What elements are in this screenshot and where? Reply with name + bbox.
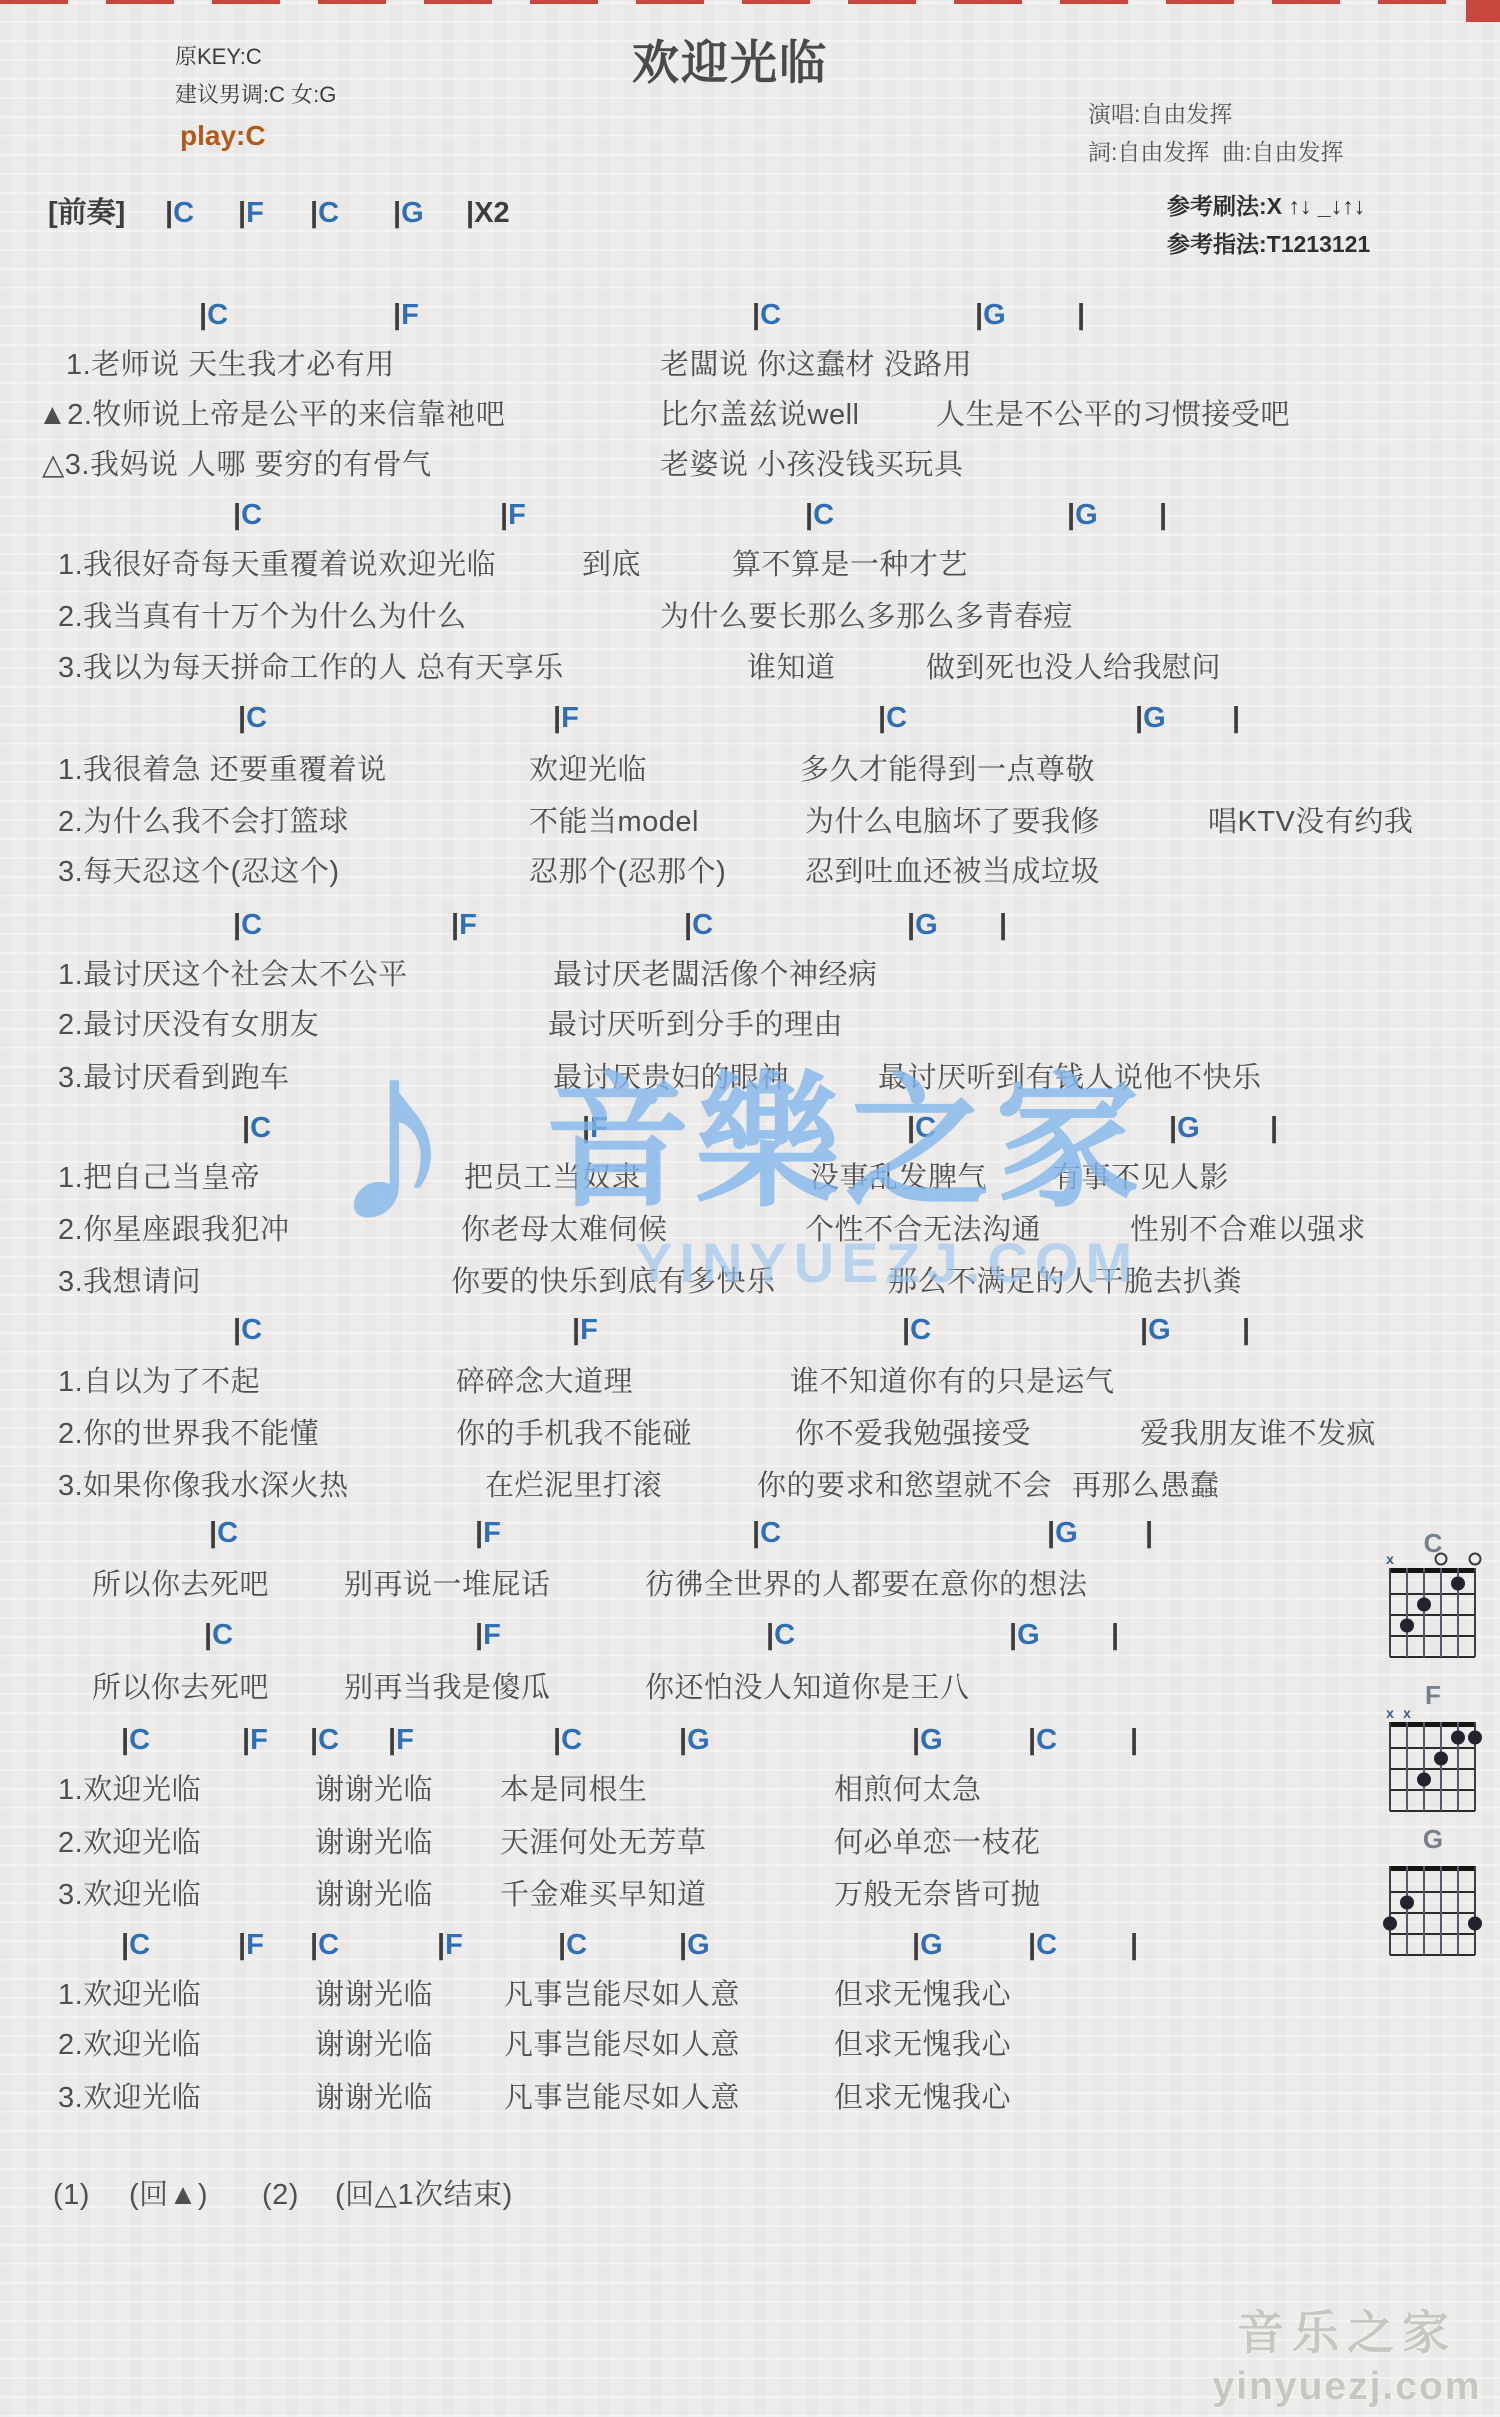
lyric-segment: 最讨厌听到有钱人说他不快乐 (878, 1061, 1262, 1095)
lyric-segment: 没事乱发脾气 (810, 1161, 987, 1195)
chord-token: |F (582, 1111, 608, 1145)
lyric-segment: 2.欢迎光临 (58, 1826, 201, 1860)
chord-line: |C|F|C|G| (0, 498, 1500, 532)
chord-token: |C (553, 1723, 582, 1757)
chord-token: |F (451, 908, 477, 942)
lyric-segment: 老闆说 你这蠢材 没路用 (660, 348, 972, 382)
lyric-segment: 别再说一堆屁话 (344, 1568, 551, 1602)
chord-token: |F (553, 701, 579, 735)
lyric-segment: 1.我很好奇每天重覆着说欢迎光临 (58, 548, 496, 582)
chord-diagram-c: x (1378, 1548, 1488, 1669)
lyric-segment: 老婆说 小孩没钱买玩具 (660, 448, 964, 482)
chord-token: |C (165, 196, 194, 230)
lyric-segment: 到底 (582, 548, 641, 582)
chord-line: |C|F|C|F|C|G|G|C| (0, 1928, 1500, 1962)
chord-line: |C|F|C|G| (0, 701, 1500, 735)
lyric-segment: 凡事岂能尽如人意 (504, 2081, 740, 2115)
chord-line: |C|F|C|G| (0, 298, 1500, 332)
lyric-segment: 最讨厌听到分手的理由 (548, 1008, 843, 1042)
chord-token: |F (242, 1723, 268, 1757)
lyric-segment: 人生是不公平的习惯接受吧 (936, 398, 1290, 432)
lyric-segment: 别再当我是傻瓜 (344, 1671, 551, 1705)
lyric-segment: 谢谢光临 (315, 1773, 433, 1807)
lyric-segment: △3.我妈说 人哪 要穷的有骨气 (42, 448, 432, 482)
chord-token: |G (907, 908, 938, 942)
lyric-segment: (1) (53, 2178, 90, 2212)
lyric-line: 3.最讨厌看到跑车最讨厌贵妇的眼神最讨厌听到有钱人说他不快乐 (0, 1061, 1500, 1095)
chord-token: |F (475, 1618, 501, 1652)
section-label: [前奏] (48, 196, 125, 230)
chord-token: |F (475, 1516, 501, 1550)
lyric-segment: (回▲) (129, 2178, 208, 2212)
chord-token: | (1159, 498, 1167, 532)
lyric-segment: 3.最讨厌看到跑车 (58, 1061, 290, 1095)
chord-token: |C (558, 1928, 587, 1962)
lyric-segment: 算不算是一种才艺 (732, 548, 968, 582)
chord-token: |F (238, 196, 264, 230)
lyric-segment: 1.把自己当皇帝 (58, 1161, 260, 1195)
chord-line: |C|F|C|G| (0, 1618, 1500, 1652)
chord-token: |C (209, 1516, 238, 1550)
lyric-line: 1.自以为了不起碎碎念大道理谁不知道你有的只是运气 (0, 1365, 1500, 1399)
lyric-line: 3.每天忍这个(忍这个)忍那个(忍那个)忍到吐血还被当成垃圾 (0, 855, 1500, 889)
lyric-segment: (回△1次结束) (335, 2178, 513, 2212)
lyric-segment: 1.欢迎光临 (58, 1773, 201, 1807)
lyric-segment: 本是同根生 (500, 1773, 648, 1807)
chord-token: |G (975, 298, 1006, 332)
chord-token: |C (238, 701, 267, 735)
chord-token: |C (233, 1313, 262, 1347)
lyric-segment: 2.你星座跟我犯冲 (58, 1213, 290, 1247)
lyric-line: 1.我很好奇每天重覆着说欢迎光临到底算不算是一种才艺 (0, 548, 1500, 582)
lyric-line: 3.欢迎光临谢谢光临千金难买早知道万般无奈皆可抛 (0, 1878, 1500, 1912)
lyric-line: 2.欢迎光临谢谢光临天涯何处无芳草何必单恋一枝花 (0, 1826, 1500, 1860)
chord-token: |C (902, 1313, 931, 1347)
lyric-line: 1.最讨厌这个社会太不公平最讨厌老闆活像个神经病 (0, 958, 1500, 992)
lyric-line: 2.欢迎光临谢谢光临凡事岂能尽如人意但求无愧我心 (0, 2028, 1500, 2062)
lyric-line: 2.最讨厌没有女朋友最讨厌听到分手的理由 (0, 1008, 1500, 1042)
chord-token: |C (752, 1516, 781, 1550)
chord-token: |G (1067, 498, 1098, 532)
lyric-segment: 为什么电脑坏了要我修 (805, 805, 1100, 839)
lyric-segment: 天涯何处无芳草 (500, 1826, 707, 1860)
lyric-line: 2.我当真有十万个为什么为什么为什么要长那么多那么多青春痘 (0, 600, 1500, 634)
lyric-segment: 在烂泥里打滚 (485, 1469, 662, 1503)
lyric-segment: 为什么要长那么多那么多青春痘 (660, 600, 1073, 634)
chord-token: | (1130, 1723, 1138, 1757)
chord-token: | (1270, 1111, 1278, 1145)
lyric-line: 1.我很着急 还要重覆着说欢迎光临多久才能得到一点尊敬 (0, 753, 1500, 787)
chord-token: |G (1009, 1618, 1040, 1652)
lyric-line: 3.我想请问你要的快乐到底有多快乐那么不满足的人干脆去扒粪 (0, 1265, 1500, 1299)
lyric-segment: 彷彿全世界的人都要在意你的想法 (645, 1568, 1088, 1602)
chord-token: |C (233, 498, 262, 532)
chord-diagram-f: xx (1378, 1702, 1488, 1823)
lyric-segment: 3.如果你像我水深火热 (58, 1469, 349, 1503)
chord-token: |C (684, 908, 713, 942)
chord-line: |C|F|C|G| (0, 1111, 1500, 1145)
score-lines: [前奏]|C|F|C|G|X2|C|F|C|G|1.老师说 天生我才必有用老闆说… (0, 0, 1500, 2417)
lyric-segment: 万般无奈皆可抛 (834, 1878, 1041, 1912)
lyric-segment: (2) (262, 2178, 299, 2212)
chord-token: |C (199, 298, 228, 332)
lyric-segment: 再那么愚蠢 (1072, 1469, 1220, 1503)
lyric-segment: 谢谢光临 (315, 1878, 433, 1912)
lyric-segment: 3.我想请问 (58, 1265, 201, 1299)
chord-token: |C (233, 908, 262, 942)
lyric-segment: 1.最讨厌这个社会太不公平 (58, 958, 408, 992)
lyric-segment: 你的手机我不能碰 (456, 1417, 692, 1451)
lyric-segment: 谁知道 (747, 651, 836, 685)
chord-token: |G (679, 1928, 710, 1962)
lyric-line: 3.我以为每天拼命工作的人 总有天享乐谁知道做到死也没人给我慰问 (0, 651, 1500, 685)
lyric-line: 1.老师说 天生我才必有用老闆说 你这蠢材 没路用 (0, 348, 1500, 382)
lyric-segment: 有事不见人影 (1052, 1161, 1229, 1195)
chord-token: |G (393, 196, 424, 230)
chord-token: |G (912, 1928, 943, 1962)
lyric-segment: 性别不合难以强求 (1130, 1213, 1366, 1247)
chord-token: |C (242, 1111, 271, 1145)
lyric-segment: 2.为什么我不会打篮球 (58, 805, 349, 839)
lyric-segment: 何必单恋一枝花 (834, 1826, 1041, 1860)
chord-token: |C (766, 1618, 795, 1652)
chord-token: |C (310, 196, 339, 230)
lyric-segment: 你还怕没人知道你是王八 (645, 1671, 970, 1705)
chord-token: | (1077, 298, 1085, 332)
lyric-segment: 所以你去死吧 (92, 1671, 269, 1705)
lyric-segment: 你的要求和慾望就不会 (757, 1469, 1052, 1503)
lyric-line: 1.把自己当皇帝把员工当奴隶没事乱发脾气有事不见人影 (0, 1161, 1500, 1195)
lyric-line: 3.欢迎光临谢谢光临凡事岂能尽如人意但求无愧我心 (0, 2081, 1500, 2115)
lyric-segment: 2.最讨厌没有女朋友 (58, 1008, 319, 1042)
lyric-line: △3.我妈说 人哪 要穷的有骨气老婆说 小孩没钱买玩具 (0, 448, 1500, 482)
lyric-segment: 你要的快乐到底有多快乐 (451, 1265, 776, 1299)
lyric-segment: 但求无愧我心 (834, 2081, 1011, 2115)
chord-token: |G (1047, 1516, 1078, 1550)
chord-line: |C|F|C|G| (0, 1313, 1500, 1347)
chord-token: |C (204, 1618, 233, 1652)
chord-token: |C (1028, 1928, 1057, 1962)
lyric-segment: 欢迎光临 (529, 753, 647, 787)
repeat-instructions: (1)(回▲)(2)(回△1次结束) (0, 2178, 1500, 2212)
chord-token: |G (679, 1723, 710, 1757)
chord-token: |C (310, 1723, 339, 1757)
chord-token: |C (121, 1928, 150, 1962)
lyric-line: ▲2.牧师说上帝是公平的来信靠祂吧比尔盖兹说well人生是不公平的习惯接受吧 (0, 398, 1500, 432)
chord-token: |G (912, 1723, 943, 1757)
chord-token: |F (388, 1723, 414, 1757)
chord-token: |F (437, 1928, 463, 1962)
lyric-segment: 所以你去死吧 (92, 1568, 269, 1602)
chord-token: | (1232, 701, 1240, 735)
svg-text:x: x (1386, 1705, 1394, 1721)
lyric-segment: 千金难买早知道 (500, 1878, 707, 1912)
lyric-segment: 2.你的世界我不能懂 (58, 1417, 319, 1451)
chord-token: |G (1140, 1313, 1171, 1347)
lyric-segment: 3.欢迎光临 (58, 2081, 201, 2115)
lyric-segment: 不能当model (529, 805, 699, 839)
lyric-line: 所以你去死吧别再当我是傻瓜你还怕没人知道你是王八 (0, 1671, 1500, 1705)
lyric-segment: 1.欢迎光临 (58, 1978, 201, 2012)
lyric-segment: 谢谢光临 (315, 1826, 433, 1860)
chord-token: |G (1135, 701, 1166, 735)
lyric-segment: 爱我朋友谁不发疯 (1140, 1417, 1376, 1451)
chord-token: |F (238, 1928, 264, 1962)
lyric-segment: 谢谢光临 (315, 1978, 433, 2012)
prelude-line: [前奏]|C|F|C|G|X2 (0, 196, 1500, 230)
lyric-segment: 唱KTV没有约我 (1208, 805, 1413, 839)
chord-token: | (1242, 1313, 1250, 1347)
lyric-segment: 把员工当奴隶 (464, 1161, 641, 1195)
svg-text:x: x (1403, 1705, 1411, 1721)
chord-token: | (999, 908, 1007, 942)
chord-line: |C|F|C|G| (0, 908, 1500, 942)
chord-token: |F (572, 1313, 598, 1347)
chord-token: | (1130, 1928, 1138, 1962)
lyric-segment: 凡事岂能尽如人意 (504, 2028, 740, 2062)
lyric-segment: 最讨厌老闆活像个神经病 (553, 958, 878, 992)
chord-token: | (1145, 1516, 1153, 1550)
lyric-segment: 1.我很着急 还要重覆着说 (58, 753, 387, 787)
lyric-segment: 但求无愧我心 (834, 2028, 1011, 2062)
chord-token: |C (310, 1928, 339, 1962)
chord-token: |C (752, 298, 781, 332)
lyric-segment: 3.每天忍这个(忍这个) (58, 855, 340, 889)
lyric-line: 所以你去死吧别再说一堆屁话彷彿全世界的人都要在意你的想法 (0, 1568, 1500, 1602)
lyric-segment: 2.我当真有十万个为什么为什么 (58, 600, 467, 634)
chord-token: |G (1169, 1111, 1200, 1145)
chord-token: |C (121, 1723, 150, 1757)
lyric-segment: 3.欢迎光临 (58, 1878, 201, 1912)
lyric-segment: 凡事岂能尽如人意 (504, 1978, 740, 2012)
chord-token: | (1111, 1618, 1119, 1652)
chord-sheet-page: 原KEY:C 建议男调:C 女:G play:C 欢迎光临 演唱:自由发挥 詞:… (0, 0, 1500, 2417)
chord-diagram-g (1378, 1846, 1488, 1967)
chord-line: |C|F|C|G| (0, 1516, 1500, 1550)
lyric-segment: ▲2.牧师说上帝是公平的来信靠祂吧 (38, 398, 505, 432)
lyric-segment: 3.我以为每天拼命工作的人 总有天享乐 (58, 651, 564, 685)
chord-token: |F (500, 498, 526, 532)
lyric-segment: 1.自以为了不起 (58, 1365, 260, 1399)
lyric-segment: 忍那个(忍那个) (529, 855, 726, 889)
lyric-line: 3.如果你像我水深火热在烂泥里打滚你的要求和慾望就不会再那么愚蠢 (0, 1469, 1500, 1503)
lyric-segment: 谁不知道你有的只是运气 (790, 1365, 1115, 1399)
lyric-segment: 比尔盖兹说well (660, 398, 859, 432)
chord-line: |C|F|C|F|C|G|G|C| (0, 1723, 1500, 1757)
lyric-segment: 你老母太难伺候 (461, 1213, 668, 1247)
chord-token: |X2 (466, 196, 510, 230)
lyric-segment: 碎碎念大道理 (456, 1365, 633, 1399)
lyric-segment: 但求无愧我心 (834, 1978, 1011, 2012)
lyric-line: 2.为什么我不会打篮球不能当model为什么电脑坏了要我修唱KTV没有约我 (0, 805, 1500, 839)
lyric-segment: 相煎何太急 (834, 1773, 982, 1807)
chord-token: |C (907, 1111, 936, 1145)
svg-text:x: x (1386, 1551, 1394, 1567)
lyric-line: 1.欢迎光临谢谢光临本是同根生相煎何太急 (0, 1773, 1500, 1807)
lyric-segment: 个性不合无法沟通 (805, 1213, 1041, 1247)
lyric-segment: 多久才能得到一点尊敬 (800, 753, 1095, 787)
lyric-segment: 1.老师说 天生我才必有用 (66, 348, 395, 382)
lyric-segment: 你不爱我勉强接受 (795, 1417, 1031, 1451)
chord-token: |F (393, 298, 419, 332)
lyric-line: 2.你的世界我不能懂你的手机我不能碰你不爱我勉强接受爱我朋友谁不发疯 (0, 1417, 1500, 1451)
chord-token: |C (878, 701, 907, 735)
lyric-segment: 2.欢迎光临 (58, 2028, 201, 2062)
lyric-line: 2.你星座跟我犯冲你老母太难伺候个性不合无法沟通性别不合难以强求 (0, 1213, 1500, 1247)
lyric-segment: 那么不满足的人干脆去扒粪 (888, 1265, 1242, 1299)
chord-token: |C (805, 498, 834, 532)
lyric-segment: 最讨厌贵妇的眼神 (553, 1061, 789, 1095)
lyric-line: 1.欢迎光临谢谢光临凡事岂能尽如人意但求无愧我心 (0, 1978, 1500, 2012)
lyric-segment: 忍到吐血还被当成垃圾 (805, 855, 1100, 889)
chord-token: |C (1028, 1723, 1057, 1757)
lyric-segment: 谢谢光临 (315, 2028, 433, 2062)
lyric-segment: 做到死也没人给我慰问 (926, 651, 1221, 685)
lyric-segment: 谢谢光临 (315, 2081, 433, 2115)
